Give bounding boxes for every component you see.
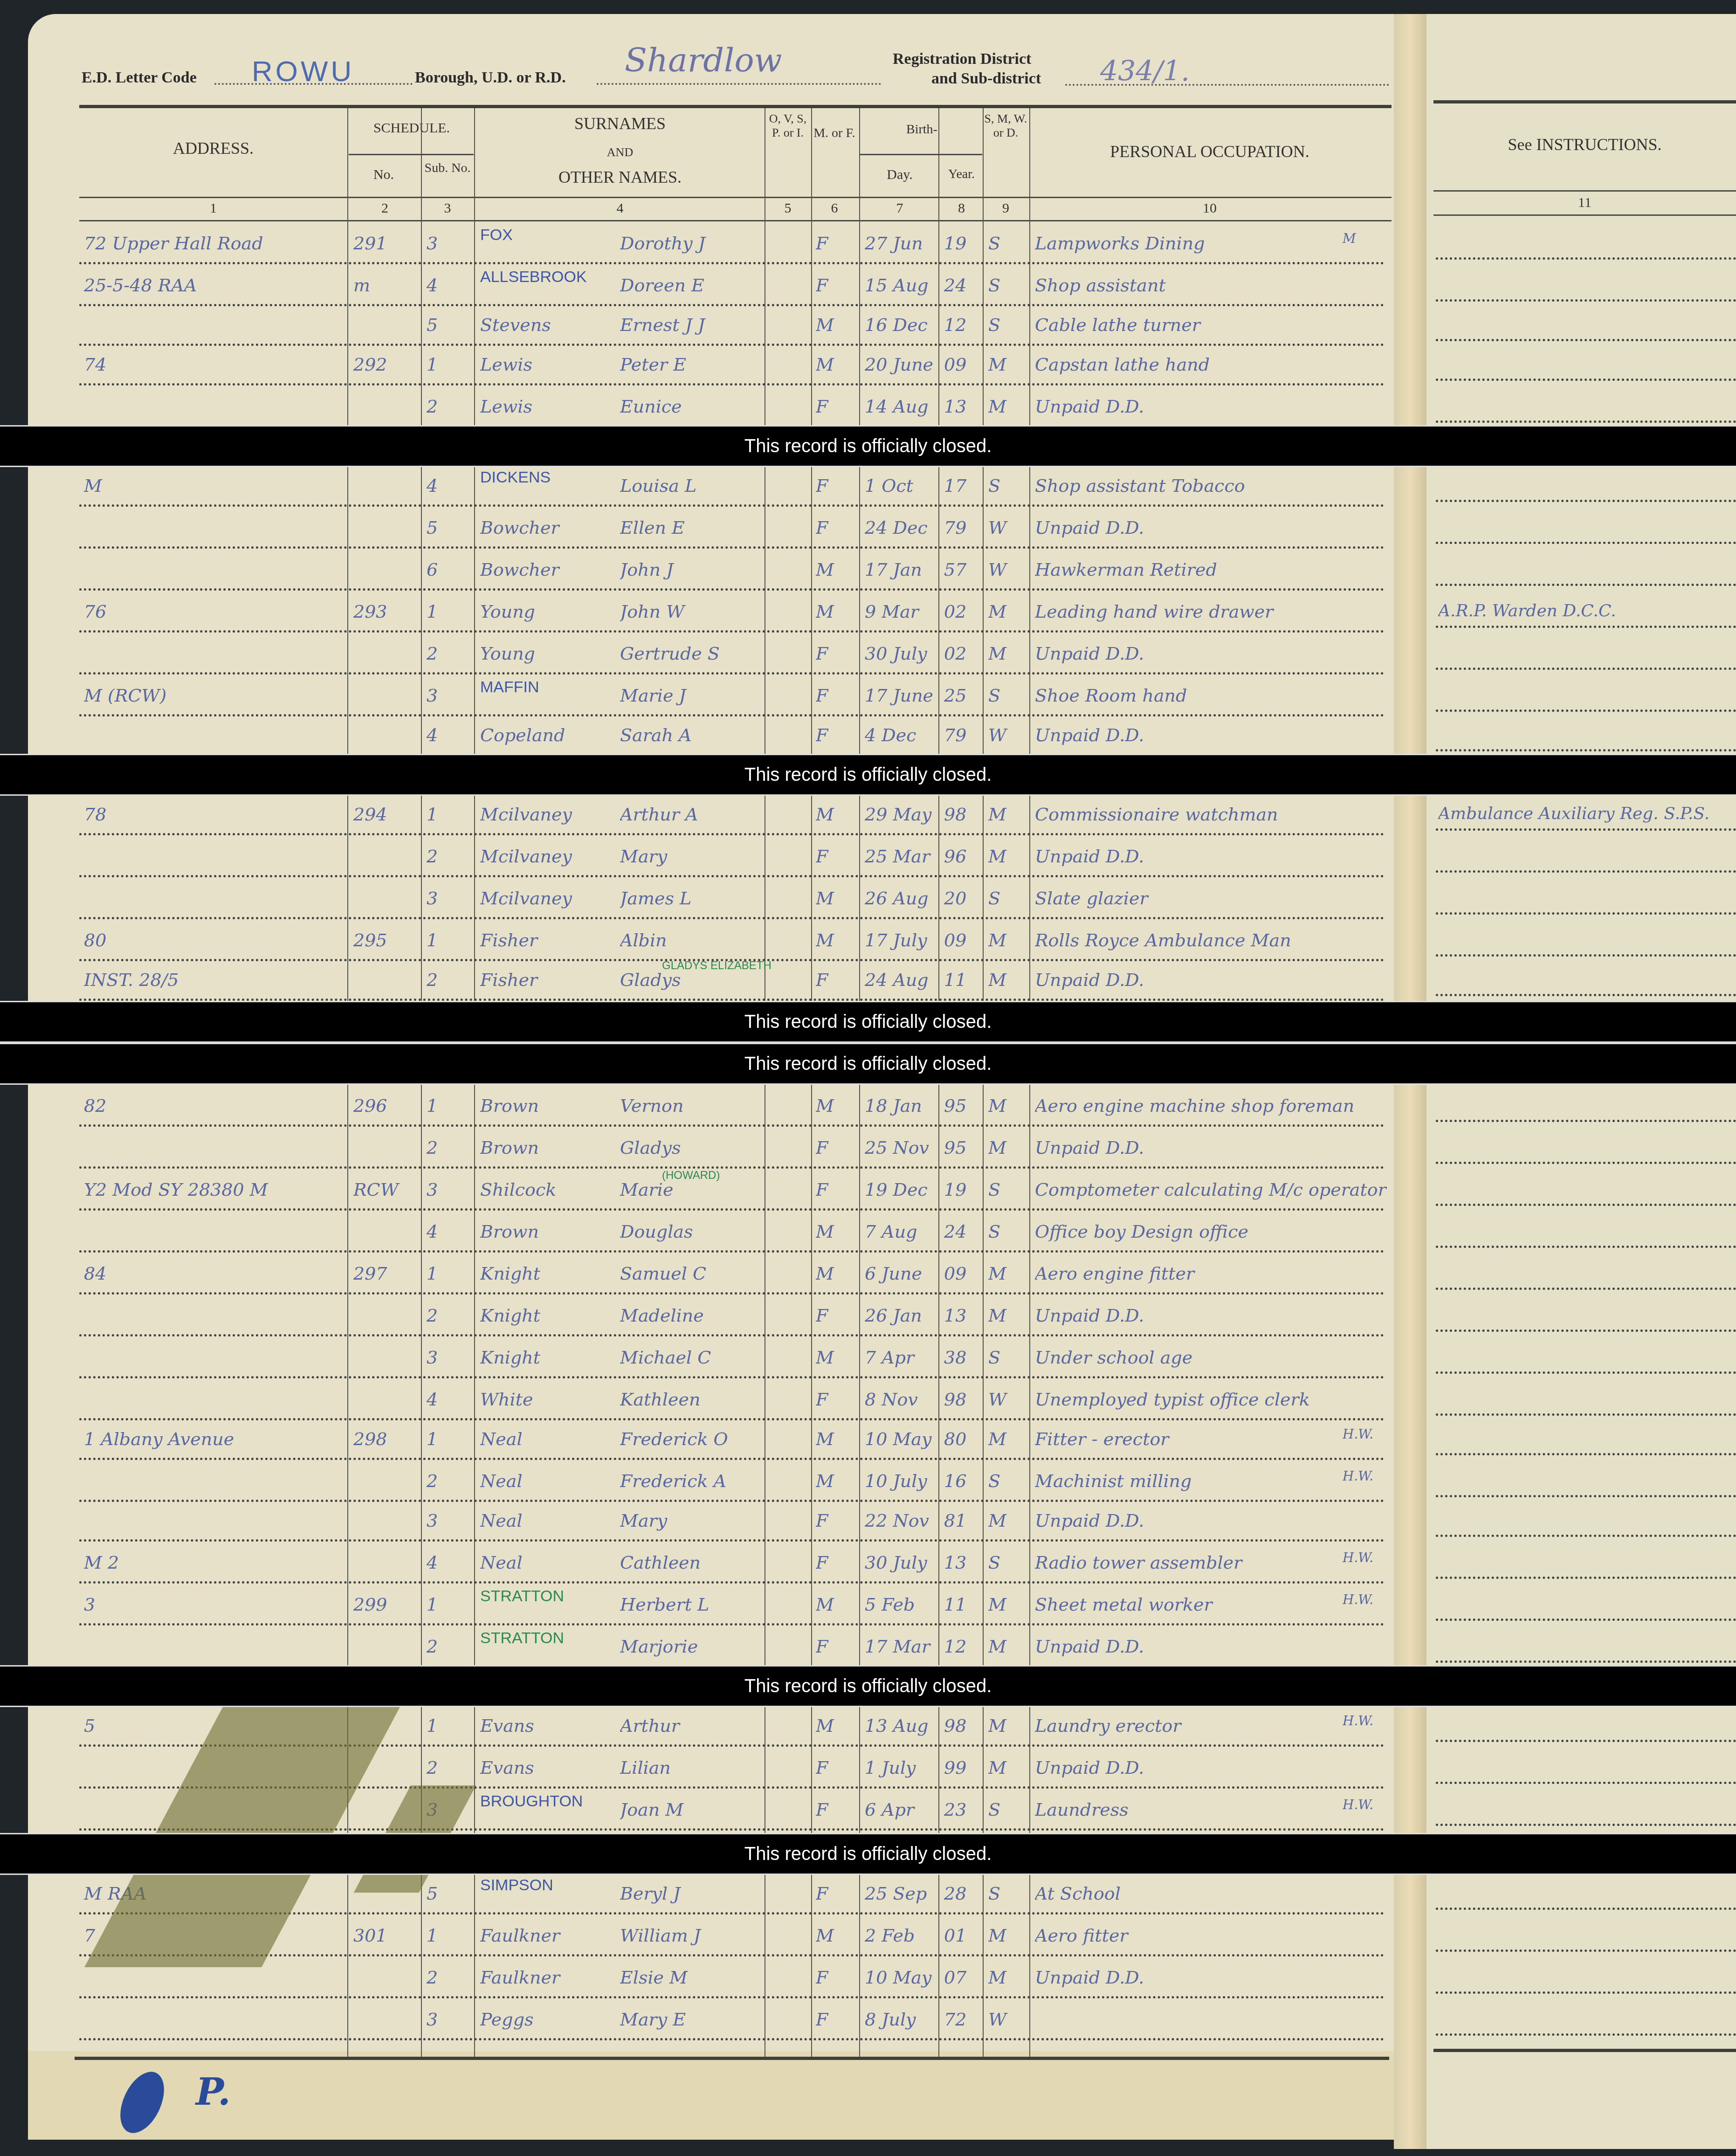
right-row-rule [1436, 1991, 1736, 1994]
cell-surname: Neal [480, 1510, 613, 1531]
row-rule [79, 1996, 1385, 1998]
cell-year: 17 [944, 475, 981, 496]
cell-marital: M [988, 1594, 1026, 1615]
cell-marital: M [988, 1715, 1026, 1736]
cell-other: Michael C [620, 1347, 762, 1368]
cell-occupation: Unpaid D.D. [1035, 846, 1387, 867]
cell-marital: M [988, 1757, 1026, 1778]
cell-marital: M [988, 930, 1026, 951]
cell-occupation: At School [1035, 1883, 1387, 1904]
cell-other: Marie J [620, 685, 762, 706]
cell-marital: W [988, 517, 1026, 538]
column-number: 6 [811, 200, 858, 216]
right-row-rule [1436, 1740, 1736, 1742]
cell-occupation: Unpaid D.D. [1035, 1305, 1387, 1326]
cell-marital: M [988, 1263, 1026, 1284]
cell-other: Louisa L [620, 475, 762, 496]
row-rule [79, 1581, 1385, 1584]
cell-sex: F [816, 1552, 855, 1573]
cell-occupation: Sheet metal worker [1035, 1594, 1387, 1615]
cell-occupation: Unpaid D.D. [1035, 1510, 1387, 1531]
cell-sex: F [816, 1967, 855, 1988]
cell-marital: M [988, 1305, 1026, 1326]
cell-address: 3 [84, 1594, 345, 1615]
cell-other: Arthur A [620, 804, 762, 825]
right-row-rule [1436, 1619, 1736, 1621]
cell-marital: S [988, 1179, 1026, 1200]
cell-day: 25 Nov [865, 1137, 937, 1158]
right-row-rule [1436, 994, 1736, 996]
cell-year: 98 [944, 1389, 981, 1410]
right-row-rule [1436, 912, 1736, 915]
cell-other: Marie [620, 1179, 762, 1200]
cell-other: John J [620, 559, 762, 580]
row-rule [79, 588, 1385, 591]
cell-surname: Dickens [480, 468, 613, 487]
cell-occupation: Aero engine fitter [1035, 1263, 1387, 1284]
cell-other: Marjorie [620, 1636, 762, 1657]
row-rule [79, 714, 1385, 716]
closed-record-text: This record is officially closed. [744, 765, 992, 785]
cell-year: 79 [944, 517, 981, 538]
cell-surname: Faulkner [480, 1925, 613, 1946]
cell-sub: 3 [427, 685, 471, 706]
cell-surname: Brown [480, 1221, 613, 1242]
cell-day: 24 Aug [865, 970, 937, 990]
cell-other: William J [620, 1925, 762, 1946]
row-note: H.W. [1343, 1713, 1373, 1729]
cell-surname: Fisher [480, 970, 613, 990]
cell-other: Sarah A [620, 725, 762, 745]
cell-marital: M [988, 1967, 1026, 1988]
right-column-note: Ambulance Auxiliary Reg. S.P.S. [1438, 804, 1732, 823]
cell-occupation: Unpaid D.D. [1035, 725, 1387, 745]
row-rule [79, 383, 1385, 386]
cell-year: 99 [944, 1757, 981, 1778]
cell-sub: 4 [427, 1221, 471, 1242]
cell-sub: 2 [427, 1636, 471, 1657]
cell-sex: M [816, 559, 855, 580]
cell-sex: F [816, 396, 855, 417]
cell-year: 23 [944, 1799, 981, 1820]
cell-other: John W [620, 601, 762, 622]
row-rule [79, 1623, 1385, 1626]
cell-other: Madeline [620, 1305, 762, 1326]
cell-schedule: 294 [353, 804, 419, 825]
cell-marital: M [988, 804, 1026, 825]
cell-day: 25 Sep [865, 1883, 937, 1904]
cell-day: 18 Jan [865, 1095, 937, 1116]
cell-day: 17 Jan [865, 559, 937, 580]
cell-year: 13 [944, 396, 981, 417]
cell-marital: S [988, 1552, 1026, 1573]
cell-other: Samuel C [620, 1263, 762, 1284]
header-top-rule-right [1433, 100, 1736, 103]
right-row-rule [1436, 379, 1736, 381]
column-number: 11 [1433, 195, 1736, 211]
cell-surname: Neal [480, 1552, 613, 1573]
cell-year: 02 [944, 643, 981, 664]
cell-surname: Maffin [480, 678, 613, 696]
cell-address: 82 [84, 1095, 345, 1116]
cell-occupation: Commissionaire watchman [1035, 804, 1387, 825]
right-row-rule [1436, 420, 1736, 423]
column-number: 1 [79, 200, 347, 216]
cell-marital: M [988, 643, 1026, 664]
cell-sex: M [816, 888, 855, 909]
cell-day: 16 Dec [865, 315, 937, 335]
cell-day: 25 Mar [865, 846, 937, 867]
cell-day: 17 Mar [865, 1636, 937, 1657]
col-birth-day: Day. [860, 167, 939, 183]
cell-schedule: RCW [353, 1179, 419, 1200]
ed-letter-code-label: E.D. Letter Code [82, 69, 197, 87]
cell-sex: F [816, 1636, 855, 1657]
cell-other: Ellen E [620, 517, 762, 538]
cell-surname: Evans [480, 1715, 613, 1736]
cell-day: 6 June [865, 1263, 937, 1284]
col-birth: Birth- [860, 122, 984, 137]
cell-sub: 2 [427, 1757, 471, 1778]
cell-surname: Brown [480, 1137, 613, 1158]
cell-year: 09 [944, 354, 981, 375]
cell-surname: Stratton [480, 1629, 613, 1647]
cell-marital: M [988, 396, 1026, 417]
cell-day: 26 Jan [865, 1305, 937, 1326]
cell-sub: 1 [427, 354, 471, 375]
cell-occupation: Capstan lathe hand [1035, 354, 1387, 375]
column-number: 7 [860, 200, 939, 216]
borough-line [597, 83, 881, 85]
cell-other: Frederick A [620, 1471, 762, 1491]
cell-marital: M [988, 354, 1026, 375]
cell-marital: M [988, 1925, 1026, 1946]
closed-record-text: This record is officially closed. [744, 1012, 992, 1033]
col-occupation: PERSONAL OCCUPATION. [1030, 142, 1389, 161]
cell-day: 26 Aug [865, 888, 937, 909]
right-row-rule [1436, 954, 1736, 957]
cell-sex: M [816, 1925, 855, 1946]
row-rule [79, 546, 1385, 549]
cell-sub: 4 [427, 1389, 471, 1410]
cell-day: 7 Apr [865, 1347, 937, 1368]
cell-surname: Faulkner [480, 1967, 613, 1988]
cell-surname: Knight [480, 1263, 613, 1284]
cell-sex: M [816, 601, 855, 622]
cell-year: 96 [944, 846, 981, 867]
cell-sex: F [816, 1389, 855, 1410]
right-row-rule [1436, 1824, 1736, 1826]
closed-record-banner: This record is officially closed. [0, 1001, 1736, 1043]
cell-surname: Fisher [480, 930, 613, 951]
row-rule [79, 1124, 1385, 1127]
cell-other: Arthur [620, 1715, 762, 1736]
closed-record-banner: This record is officially closed. [0, 1665, 1736, 1707]
cell-surname: Knight [480, 1305, 613, 1326]
cell-occupation: Unpaid D.D. [1035, 1757, 1387, 1778]
registration-label-line1: Registration District [893, 50, 1031, 68]
cell-sub: 1 [427, 1594, 471, 1615]
cell-year: 11 [944, 1594, 981, 1615]
right-row-rule [1436, 1246, 1736, 1248]
cell-sub: 1 [427, 1925, 471, 1946]
cell-schedule: 293 [353, 601, 419, 622]
cell-day: 2 Feb [865, 1925, 937, 1946]
row-rule [79, 1539, 1385, 1542]
cell-address: 72 Upper Hall Road [84, 233, 345, 254]
cell-other: Douglas [620, 1221, 762, 1242]
cell-year: 28 [944, 1883, 981, 1904]
cell-schedule: 296 [353, 1095, 419, 1116]
row-rule [79, 1208, 1385, 1211]
cell-address: 1 Albany Avenue [84, 1429, 345, 1449]
cell-address: 76 [84, 601, 345, 622]
cell-day: 17 June [865, 685, 937, 706]
cell-schedule: 297 [353, 1263, 419, 1284]
row-rule [79, 630, 1385, 633]
cell-sub: 3 [427, 1510, 471, 1531]
cell-other: Gladys [620, 1137, 762, 1158]
cell-other: Cathleen [620, 1552, 762, 1573]
cell-year: 13 [944, 1552, 981, 1573]
right-row-rule [1436, 1413, 1736, 1416]
cell-year: 20 [944, 888, 981, 909]
cell-surname: Neal [480, 1471, 613, 1491]
row-rule [79, 1954, 1385, 1956]
cell-other: Kathleen [620, 1389, 762, 1410]
registration-value: 434/1. [1100, 55, 1190, 88]
cell-sub: 4 [427, 475, 471, 496]
col-instructions: See INSTRUCTIONS. [1433, 135, 1736, 154]
row-rule [79, 1334, 1385, 1336]
cell-occupation: Office boy Design office [1035, 1221, 1387, 1242]
cell-marital: M [988, 846, 1026, 867]
cell-sex: M [816, 1263, 855, 1284]
correction-annotation: (HOWARD) [662, 1169, 720, 1182]
cell-sub: 1 [427, 804, 471, 825]
cell-occupation: Slate glazier [1035, 888, 1387, 909]
right-row-rule [1436, 584, 1736, 586]
right-row-rule [1436, 668, 1736, 670]
cell-sub: 1 [427, 1429, 471, 1449]
cell-address: INST. 28/5 [84, 970, 345, 990]
cell-surname: White [480, 1389, 613, 1410]
cell-marital: M [988, 601, 1026, 622]
cell-marital: S [988, 1883, 1026, 1904]
row-rule [79, 1418, 1385, 1420]
cell-day: 24 Dec [865, 517, 937, 538]
cell-sex: F [816, 725, 855, 745]
cell-sub: 2 [427, 1967, 471, 1988]
cell-day: 17 July [865, 930, 937, 951]
column-number: 8 [939, 200, 984, 216]
right-row-rule [1436, 1495, 1736, 1497]
cell-day: 10 May [865, 1967, 937, 1988]
right-row-rule [1436, 299, 1736, 302]
cell-year: 24 [944, 275, 981, 296]
cell-surname: Lewis [480, 396, 613, 417]
column-number: 9 [984, 200, 1028, 216]
row-rule [79, 504, 1385, 507]
cell-day: 14 Aug [865, 396, 937, 417]
footer-initials: P. [196, 2070, 231, 2114]
cell-occupation: Fitter - erector [1035, 1429, 1387, 1449]
row-rule [79, 672, 1385, 675]
cell-marital: S [988, 1799, 1026, 1820]
cell-schedule: 299 [353, 1594, 419, 1615]
cell-sub: 1 [427, 1095, 471, 1116]
row-rule [79, 2038, 1385, 2040]
row-rule [79, 1458, 1385, 1460]
cell-sub: 3 [427, 1179, 471, 1200]
right-row-rule [1436, 709, 1736, 712]
cell-occupation: Shop assistant Tobacco [1035, 475, 1387, 496]
cell-day: 20 June [865, 354, 937, 375]
row-rule [79, 917, 1385, 919]
cell-year: 25 [944, 685, 981, 706]
cell-sex: M [816, 1095, 855, 1116]
right-row-rule [1436, 1288, 1736, 1290]
right-row-rule [1436, 1782, 1736, 1784]
cell-occupation: Cable lathe turner [1035, 315, 1387, 335]
cell-address: 74 [84, 354, 345, 375]
column-number: 10 [1030, 200, 1389, 216]
cell-other: Mary [620, 1510, 762, 1531]
cell-other: Joan M [620, 1799, 762, 1820]
cell-occupation: Unpaid D.D. [1035, 1137, 1387, 1158]
cell-occupation: Leading hand wire drawer [1035, 601, 1387, 622]
cell-sex: F [816, 275, 855, 296]
cell-sub: 4 [427, 725, 471, 745]
row-rule [79, 262, 1385, 264]
cell-other: Mary E [620, 2009, 762, 2030]
cell-year: 24 [944, 1221, 981, 1242]
cell-schedule: 301 [353, 1925, 419, 1946]
cell-sex: F [816, 2009, 855, 2030]
cell-sex: F [816, 970, 855, 990]
cell-sub: 3 [427, 888, 471, 909]
cell-sex: F [816, 1757, 855, 1778]
cell-other: Doreen E [620, 275, 762, 296]
cell-sex: M [816, 1221, 855, 1242]
cell-marital: S [988, 233, 1026, 254]
cell-sub: 2 [427, 396, 471, 417]
cell-year: 98 [944, 804, 981, 825]
cell-occupation: Unemployed typist office clerk [1035, 1389, 1387, 1410]
right-row-rule [1436, 870, 1736, 873]
cell-schedule: 298 [353, 1429, 419, 1449]
census-register-page: E.D. Letter Code ROWU Borough, U.D. or R… [0, 0, 1736, 2156]
cell-other: Elsie M [620, 1967, 762, 1988]
right-row-rule [1436, 1453, 1736, 1455]
cell-other: Eunice [620, 396, 762, 417]
row-rule [79, 1166, 1385, 1169]
cell-year: 12 [944, 315, 981, 335]
schedule-sub-rule [349, 154, 474, 155]
cell-occupation: Unpaid D.D. [1035, 643, 1387, 664]
cell-day: 30 July [865, 643, 937, 664]
cell-address: 25-5-48 RAA [84, 275, 345, 296]
cell-year: 19 [944, 233, 981, 254]
cell-marital: S [988, 1347, 1026, 1368]
cell-year: 95 [944, 1137, 981, 1158]
col-schedule-sub-no: Sub. No. [422, 161, 473, 176]
cell-sex: F [816, 233, 855, 254]
right-row-rule [1436, 1204, 1736, 1206]
right-column-note: A.R.P. Warden D.C.C. [1438, 601, 1732, 620]
cell-sex: M [816, 1715, 855, 1736]
right-row-rule [1436, 1120, 1736, 1122]
cell-year: 02 [944, 601, 981, 622]
cell-sex: F [816, 685, 855, 706]
cell-other: Beryl J [620, 1883, 762, 1904]
row-note: H.W. [1343, 1550, 1373, 1565]
cell-year: 19 [944, 1179, 981, 1200]
cell-year: 72 [944, 2009, 981, 2030]
cell-marital: S [988, 475, 1026, 496]
closed-record-text: This record is officially closed. [744, 1844, 992, 1865]
cell-day: 4 Dec [865, 725, 937, 745]
right-row-rule [1436, 1162, 1736, 1164]
cell-marital: S [988, 275, 1026, 296]
cell-other: Gladys [620, 970, 762, 990]
borough-value: Shardlow [625, 41, 782, 79]
cell-sub: 2 [427, 1137, 471, 1158]
cell-other: Frederick O [620, 1429, 762, 1449]
cell-year: 98 [944, 1715, 981, 1736]
cell-sub: 2 [427, 970, 471, 990]
cell-sub: 4 [427, 275, 471, 296]
cell-occupation: Unpaid D.D. [1035, 1967, 1387, 1988]
col-schedule-no: No. [349, 167, 419, 183]
cell-surname: Lewis [480, 354, 613, 375]
header-top-rule [79, 105, 1392, 108]
registration-label-line2: and Sub-district [931, 70, 1041, 88]
cell-surname: Stevens [480, 315, 613, 335]
cell-year: 09 [944, 930, 981, 951]
cell-occupation: Hawkerman Retired [1035, 559, 1387, 580]
row-rule [79, 875, 1385, 877]
header-bottom-rule-right [1433, 190, 1736, 192]
cell-sex: F [816, 643, 855, 664]
cell-year: 95 [944, 1095, 981, 1116]
right-row-rule [1436, 1908, 1736, 1910]
cell-surname: Knight [480, 1347, 613, 1368]
cell-sex: M [816, 315, 855, 335]
cell-occupation: Unpaid D.D. [1035, 970, 1387, 990]
closed-record-text: This record is officially closed. [744, 1054, 992, 1075]
cell-address: M (RCW) [84, 685, 345, 706]
closed-record-text: This record is officially closed. [744, 1676, 992, 1697]
cell-surname: Stratton [480, 1587, 613, 1605]
cell-sub: 3 [427, 233, 471, 254]
cell-sex: F [816, 1137, 855, 1158]
column-number: 4 [475, 200, 765, 216]
right-row-rule [1436, 2033, 1736, 2036]
closed-record-banner: This record is officially closed. [0, 1833, 1736, 1875]
cell-marital: M [988, 1636, 1026, 1657]
cell-surname: Mcilvaney [480, 846, 613, 867]
cell-address: 80 [84, 930, 345, 951]
cell-schedule: 291 [353, 233, 419, 254]
cell-surname: Broughton [480, 1792, 613, 1811]
row-note: M [1343, 231, 1356, 246]
cell-year: 81 [944, 1510, 981, 1531]
cell-surname: Bowcher [480, 559, 613, 580]
cell-sub: 1 [427, 1715, 471, 1736]
cell-marital: S [988, 685, 1026, 706]
cell-sex: M [816, 354, 855, 375]
